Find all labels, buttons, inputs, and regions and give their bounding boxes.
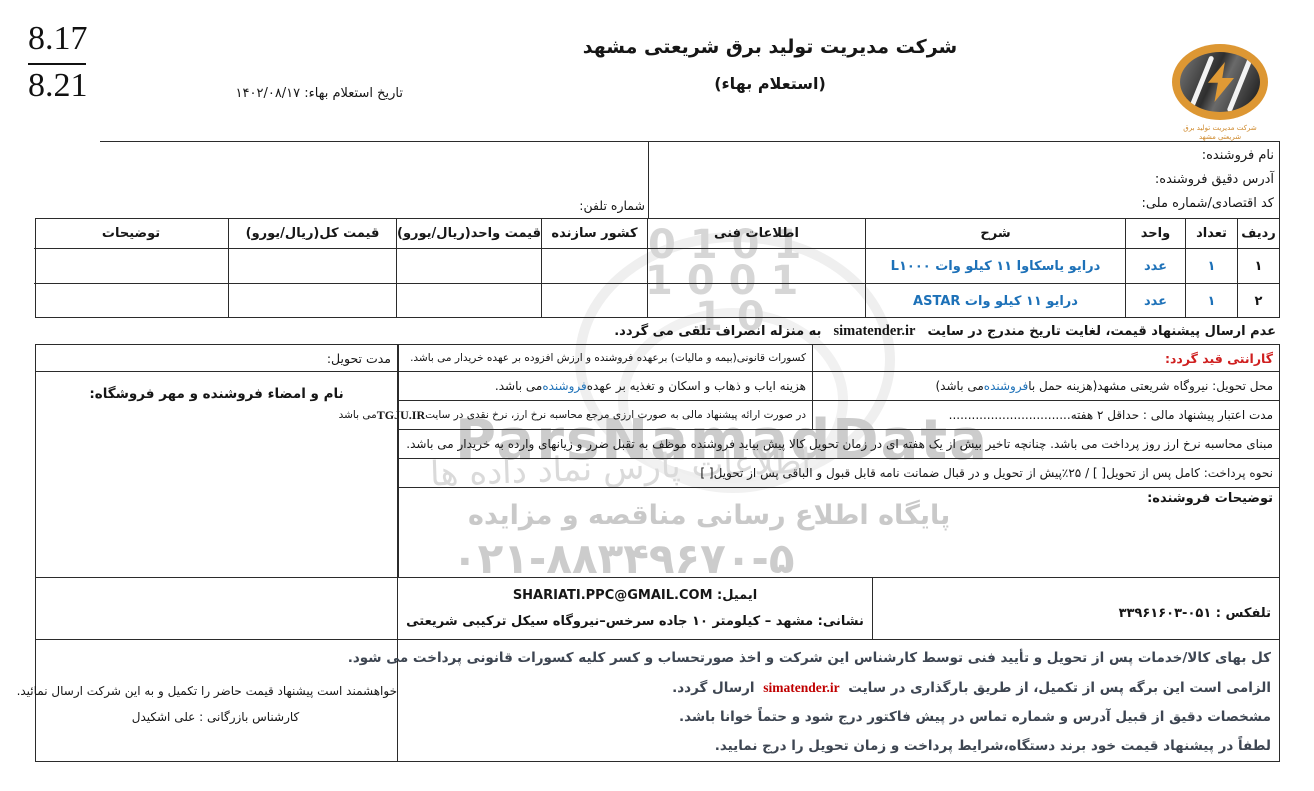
footer-section: کل بهای کالا/خدمات پس از تحویل و تأیید ف… [35, 640, 1280, 762]
footer-instructions: کل بهای کالا/خدمات پس از تحویل و تأیید ف… [397, 640, 1279, 761]
footer-instruction-2-post: ارسال گردد. [672, 680, 754, 696]
travel-cost-pre: هزینه ایاب و ذهاب و اسکان و تغذیه بر عهد… [587, 379, 806, 393]
logo-caption-line1: شرکت مدیریت تولید برق [1146, 124, 1294, 133]
email-address-cell: ایمیل: SHARIATI.PPC@GMAIL.COM نشانی: مشه… [397, 578, 872, 639]
travel-cost-post: می باشد. [495, 379, 542, 393]
price-inquiry-document: 0101 1001 10 ParsNamadData اطلاعات پارس … [0, 0, 1314, 791]
currency-reference-text: در صورت ارائه پیشنهاد مالی به صورت ارزی … [399, 401, 812, 430]
reference-number: 8.17 8.21 [28, 20, 88, 105]
reference-number-top: 8.17 [28, 20, 88, 58]
inquiry-date: تاریخ استعلام بهاء: ۱۴۰۲/۰۸/۱۷ [213, 86, 403, 101]
legal-deductions-text: کسورات قانونی(بیمه و مالیات) برعهده فروش… [399, 345, 812, 372]
row2-unit-price [396, 284, 541, 318]
row1-quantity: ۱ [1185, 249, 1237, 284]
footer-instruction-1: کل بهای کالا/خدمات پس از تحویل و تأیید ف… [402, 644, 1271, 673]
footer-request-text: خواهشمند است پیشنهاد قیمت حاضر را تکمیل … [34, 678, 397, 704]
delivery-place-seller: فروشنده [984, 379, 1028, 393]
rate-basis-text: مبنای محاسبه نرخ ارز روز پرداخت می باشد.… [399, 430, 1279, 459]
guarantee-label: گارانتی قید گردد: [812, 345, 1279, 372]
logo-slash-right [1227, 53, 1255, 112]
tender-site-name: simatender.ir [821, 323, 927, 340]
currency-reference-pre: در صورت ارائه پیشنهاد مالی به صورت ارزی … [425, 409, 806, 421]
col-header-row-number: ردیف [1237, 219, 1279, 249]
row1-tech-info [647, 249, 865, 284]
col-header-quantity: تعداد [1185, 219, 1237, 249]
row2-quantity: ۱ [1185, 284, 1237, 318]
delivery-place-post: می باشد) [936, 379, 984, 393]
row1-country [541, 249, 647, 284]
contact-empty-cell [34, 578, 397, 639]
row1-index: ۱ [1237, 249, 1279, 284]
telefax-text: تلفکس : ۰۵۱-۳۳۹۶۱۶۰۳ [872, 578, 1279, 639]
row2-description: درایو ۱۱ کیلو وات ASTAR [865, 284, 1125, 318]
seller-notes-label: توضیحات فروشنده: [399, 487, 1279, 510]
company-logo-inner [1180, 52, 1260, 112]
col-header-country: کشور سازنده [541, 219, 647, 249]
travel-cost-seller: فروشنده [542, 379, 586, 393]
items-table: ردیف تعداد واحد شرح اطلاعات فنی کشور ساز… [35, 218, 1280, 318]
row2-index: ۲ [1237, 284, 1279, 318]
payment-terms-text: نحوه پرداخت: کامل پس از تحویل[ ] / ۲۵٪پی… [399, 459, 1279, 487]
row2-total-price [228, 284, 396, 318]
vendor-info-box: نام فروشنده: آدرس دقیق فروشنده: کد اقتصا… [648, 141, 1280, 218]
delivery-place-text: محل تحویل: نیروگاه شریعتی مشهد(هزینه حمل… [812, 372, 1279, 401]
company-title: شرکت مدیریت تولید برق شریعتی مشهد [440, 36, 1100, 58]
doc-type-title: (استعلام بهاء) [440, 74, 1100, 93]
row2-notes [34, 284, 228, 318]
terms-section: گارانتی قید گردد: کسورات قانونی(بیمه و م… [398, 344, 1280, 488]
row1-unit-price [396, 249, 541, 284]
signature-box: مدت تحویل: نام و امضاء فروشنده و مهر فرو… [35, 344, 398, 578]
delivery-place-pre: محل تحویل: نیروگاه شریعتی مشهد(هزینه حمل… [1028, 379, 1273, 393]
footer-instruction-2-pre: الزامی است این برگه پس از تکمیل، از طریق… [844, 680, 1271, 696]
offer-validity-text: مدت اعتبار پیشنهاد مالی : حداقل ۲ هفته..… [812, 401, 1279, 430]
lightning-bolt-icon [1208, 62, 1234, 102]
contact-section: تلفکس : ۰۵۱-۳۳۹۶۱۶۰۳ ایمیل: SHARIATI.PPC… [35, 578, 1280, 640]
commercial-expert-text: کارشناس بازرگانی : علی اشکیدل [34, 704, 397, 730]
col-header-notes: توضیحات [34, 219, 228, 249]
col-header-description: شرح [865, 219, 1125, 249]
row2-unit: عدد [1125, 284, 1185, 318]
company-logo [1172, 44, 1268, 120]
logo-slash-left [1187, 55, 1215, 112]
row1-total-price [228, 249, 396, 284]
deadline-notice: عدم ارسال پیشنهاد قیمت، لغایت تاریخ مندر… [35, 319, 1280, 343]
col-header-unit-price: قیمت واحد(ریال/یورو) [396, 219, 541, 249]
footer-instruction-4: لطفاً در پیشنهاد قیمت خود برند دستگاه،شر… [402, 732, 1271, 761]
email-text: ایمیل: SHARIATI.PPC@GMAIL.COM [513, 588, 757, 603]
vendor-name-label: نام فروشنده: [654, 148, 1274, 163]
document-title-block: شرکت مدیریت تولید برق شریعتی مشهد (استعل… [440, 36, 1100, 93]
reference-number-bottom: 8.21 [28, 67, 88, 105]
footer-request-cell: خواهشمند است پیشنهاد قیمت حاضر را تکمیل … [34, 640, 397, 761]
vendor-phone-label: شماره تلفن: [563, 198, 645, 213]
postal-address-text: نشانی: مشهد – کیلومتر ۱۰ جاده سرخس–نیروگ… [406, 614, 864, 629]
row1-notes [34, 249, 228, 284]
deadline-notice-pre: عدم ارسال پیشنهاد قیمت، لغایت تاریخ مندر… [927, 324, 1276, 339]
footer-site-name: simatender.ir [759, 680, 843, 695]
logo-caption: شرکت مدیریت تولید برق شریعتی مشهد [1146, 124, 1294, 142]
delivery-duration-label: مدت تحویل: [36, 345, 397, 372]
vendor-code-label: کد اقتصادی/شماره ملی: [654, 196, 1274, 211]
vendor-address-label: آدرس دقیق فروشنده: [654, 172, 1274, 187]
col-header-unit: واحد [1125, 219, 1185, 249]
row2-country [541, 284, 647, 318]
col-header-tech-info: اطلاعات فنی [647, 219, 865, 249]
row2-tech-info [647, 284, 865, 318]
footer-instruction-3: مشخصات دقیق از قبیل آدرس و شماره تماس در… [402, 703, 1271, 732]
reference-divider [28, 63, 86, 65]
footer-instruction-2: الزامی است این برگه پس از تکمیل، از طریق… [402, 673, 1271, 703]
row1-description: درایو یاسکاوا ۱۱ کیلو وات L۱۰۰۰ [865, 249, 1125, 284]
row1-unit: عدد [1125, 249, 1185, 284]
seller-notes-box: توضیحات فروشنده: [398, 487, 1280, 578]
seller-signature-label: نام و امضاء فروشنده و مهر فروشگاه: [36, 372, 397, 402]
travel-cost-text: هزینه ایاب و ذهاب و اسکان و تغذیه بر عهد… [399, 372, 812, 401]
deadline-notice-post: به منزله انصراف تلقی می گردد. [614, 324, 821, 339]
col-header-total-price: قیمت کل(ریال/یورو) [228, 219, 396, 249]
